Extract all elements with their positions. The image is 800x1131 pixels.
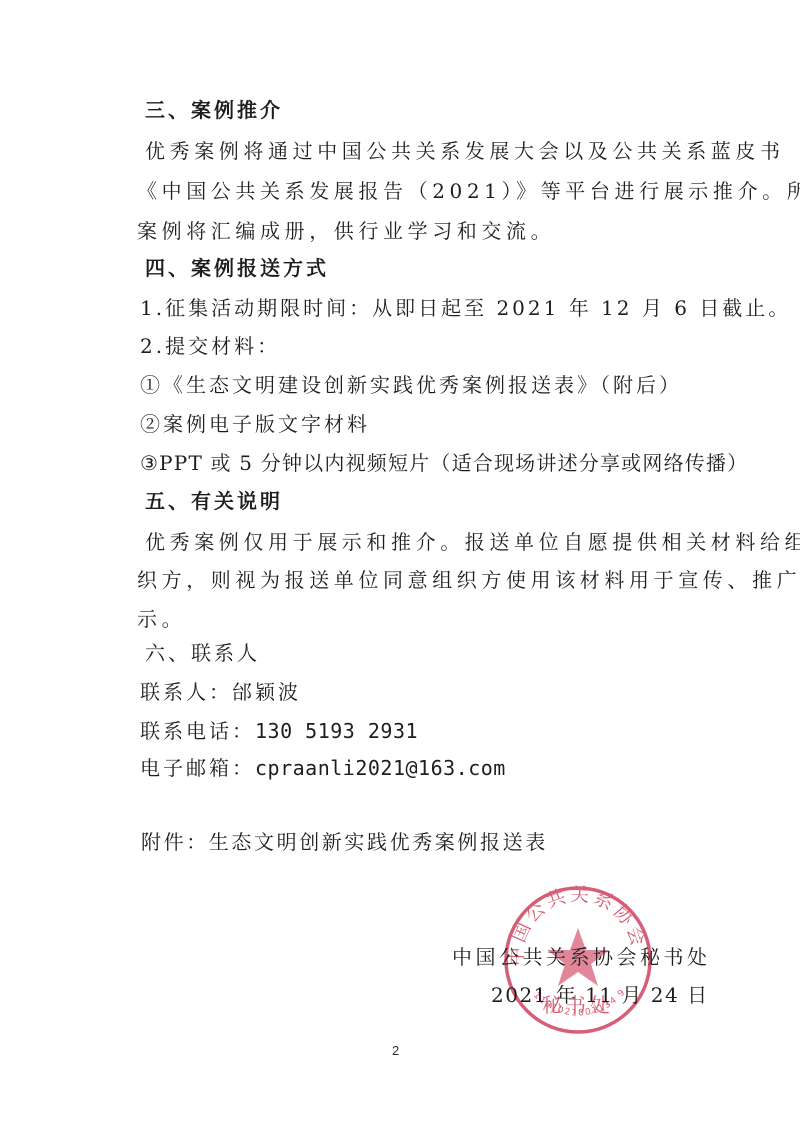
section-5-paragraph-line-2: 织方，则视为报送单位同意组织方使用该材料用于宣传、推广和展 xyxy=(137,568,800,592)
phone-label: 联系电话： xyxy=(140,719,255,743)
submission-deadline: 1.征集活动期限时间：从即日起至 2021 年 12 月 6 日截止。 xyxy=(140,296,791,320)
contact-person-label: 联系人： xyxy=(140,680,232,704)
email-label: 电子邮箱： xyxy=(140,756,255,780)
section-3-paragraph-line-1: 优秀案例将通过中国公共关系发展大会以及公共关系蓝皮书 xyxy=(145,139,785,163)
phone-number: 130 5193 2931 xyxy=(255,719,418,743)
signature-organization: 中国公共关系协会秘书处 xyxy=(452,945,711,969)
phone-row: 联系电话：130 5193 2931 xyxy=(140,719,418,743)
section-6-heading: 六、联系人 xyxy=(145,641,260,665)
materials-label: 2.提交材料： xyxy=(140,334,280,358)
attachment-note: 附件：生态文明创新实践优秀案例报送表 xyxy=(141,830,548,854)
contact-person-name: 邰颖波 xyxy=(232,680,301,704)
section-4-heading: 四、案例报送方式 xyxy=(145,256,329,280)
section-3-heading: 三、案例推介 xyxy=(145,98,283,122)
material-item-3: ③PPT 或 5 分钟以内视频短片（适合现场讲述分享或网络传播） xyxy=(140,451,748,475)
section-3-paragraph-line-3: 案例将汇编成册，供行业学习和交流。 xyxy=(137,219,555,243)
email-row: 电子邮箱：cpraanli2021@163.com xyxy=(140,756,506,780)
section-5-heading: 五、有关说明 xyxy=(145,489,283,513)
email-address[interactable]: cpraanli2021@163.com xyxy=(255,756,506,780)
section-3-paragraph-line-2: 《中国公共关系发展报告（2021）》等平台进行展示推介。所有推荐 xyxy=(137,179,800,203)
document-page: 三、案例推介 优秀案例将通过中国公共关系发展大会以及公共关系蓝皮书 《中国公共关… xyxy=(0,0,800,1131)
material-item-2: ②案例电子版文字材料 xyxy=(140,412,370,436)
signature-date: 2021 年 11 月 24 日 xyxy=(491,983,709,1007)
material-item-1: ①《生态文明建设创新实践优秀案例报送表》（附后） xyxy=(140,373,682,397)
contact-person-row: 联系人：邰颖波 xyxy=(140,680,301,704)
section-5-paragraph-line-1: 优秀案例仅用于展示和推介。报送单位自愿提供相关材料给组 xyxy=(145,530,800,554)
page-number: 2 xyxy=(392,1043,399,1058)
section-5-paragraph-line-3: 示。 xyxy=(137,607,186,631)
